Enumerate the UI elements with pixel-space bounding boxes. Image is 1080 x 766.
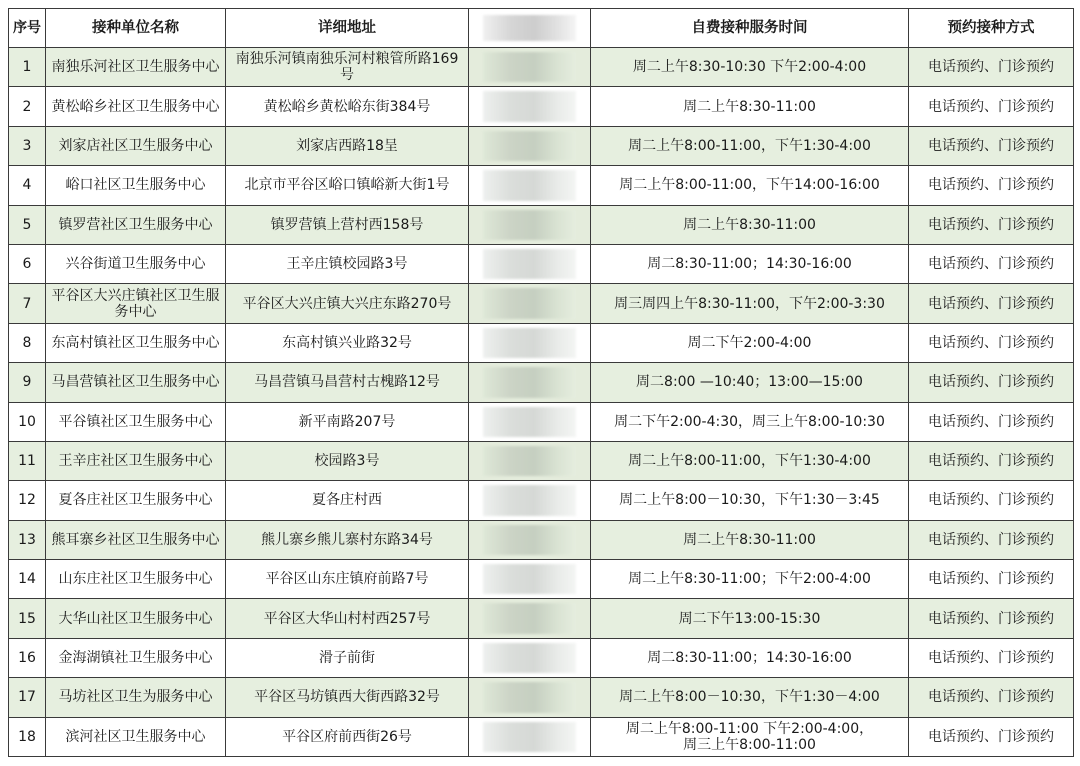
cell-unit-name: 平谷区大兴庄镇社区卫生服务中心 [46,284,226,323]
redacted-blur [483,407,576,437]
cell-seq: 9 [9,363,46,402]
vaccination-schedule-table: 序号 接种单位名称 详细地址 自费接种服务时间 预约接种方式 1 南独乐河社区卫… [8,8,1074,757]
header-service-time: 自费接种服务时间 [591,9,909,48]
cell-redacted [469,678,591,717]
cell-unit-name: 刘家店社区卫生服务中心 [46,126,226,165]
cell-unit-name: 山东庄社区卫生服务中心 [46,560,226,599]
cell-redacted [469,717,591,756]
redacted-blur [483,682,576,712]
cell-service-time: 周二上午8:30-10:30 下午2:00-4:00 [591,48,909,87]
redacted-blur [483,170,576,200]
cell-unit-name: 峪口社区卫生服务中心 [46,166,226,205]
cell-booking-method: 电话预约、门诊预约 [909,599,1074,638]
table-row: 4 峪口社区卫生服务中心 北京市平谷区峪口镇峪新大街1号 周二上午8:00-11… [9,166,1074,205]
cell-booking-method: 电话预约、门诊预约 [909,678,1074,717]
cell-seq: 8 [9,323,46,362]
table-row: 11 王辛庄社区卫生服务中心 校园路3号 周二上午8:00-11:00，下午1:… [9,441,1074,480]
cell-seq: 16 [9,638,46,677]
cell-booking-method: 电话预约、门诊预约 [909,244,1074,283]
cell-address: 东高村镇兴业路32号 [226,323,469,362]
cell-unit-name: 镇罗营社区卫生服务中心 [46,205,226,244]
table-row: 6 兴谷街道卫生服务中心 王辛庄镇校园路3号 周二8:30-11:00；14:3… [9,244,1074,283]
cell-redacted [469,166,591,205]
header-seq: 序号 [9,9,46,48]
cell-unit-name: 马坊社区卫生为服务中心 [46,678,226,717]
cell-booking-method: 电话预约、门诊预约 [909,402,1074,441]
cell-booking-method: 电话预约、门诊预约 [909,481,1074,520]
redacted-blur [483,564,576,594]
cell-seq: 17 [9,678,46,717]
cell-redacted [469,244,591,283]
cell-unit-name: 黄松峪乡社区卫生服务中心 [46,87,226,126]
table-row: 13 熊耳寨乡社区卫生服务中心 熊儿寨乡熊儿寨村东路34号 周二上午8:30-1… [9,520,1074,559]
table-row: 15 大华山社区卫生服务中心 平谷区大华山村村西257号 周二下午13:00-1… [9,599,1074,638]
cell-booking-method: 电话预约、门诊预约 [909,48,1074,87]
cell-unit-name: 南独乐河社区卫生服务中心 [46,48,226,87]
cell-redacted [469,126,591,165]
cell-service-time: 周二上午8:00－10:30，下午1:30－4:00 [591,678,909,717]
cell-booking-method: 电话预约、门诊预约 [909,441,1074,480]
table-row: 10 平谷镇社区卫生服务中心 新平南路207号 周二下午2:00-4:30，周三… [9,402,1074,441]
cell-unit-name: 平谷镇社区卫生服务中心 [46,402,226,441]
table-row: 18 滨河社区卫生服务中心 平谷区府前西街26号 周二上午8:00-11:00 … [9,717,1074,756]
cell-service-time: 周二下午2:00-4:00 [591,323,909,362]
cell-address: 夏各庄村西 [226,481,469,520]
cell-seq: 10 [9,402,46,441]
cell-service-time: 周二8:30-11:00；14:30-16:00 [591,638,909,677]
cell-booking-method: 电话预约、门诊预约 [909,560,1074,599]
cell-address: 平谷区大华山村村西257号 [226,599,469,638]
cell-seq: 15 [9,599,46,638]
cell-address: 王辛庄镇校园路3号 [226,244,469,283]
cell-unit-name: 东高村镇社区卫生服务中心 [46,323,226,362]
table-row: 9 马昌营镇社区卫生服务中心 马昌营镇马昌营村古槐路12号 周二8:00 —10… [9,363,1074,402]
table-row: 14 山东庄社区卫生服务中心 平谷区山东庄镇府前路7号 周二上午8:30-11:… [9,560,1074,599]
cell-address: 黄松峪乡黄松峪东街384号 [226,87,469,126]
redacted-blur [483,52,576,82]
cell-address: 平谷区大兴庄镇大兴庄东路270号 [226,284,469,323]
cell-seq: 6 [9,244,46,283]
cell-seq: 2 [9,87,46,126]
cell-service-time: 周三周四上午8:30-11:00，下午2:00-3:30 [591,284,909,323]
cell-service-time: 周二上午8:00-11:00，下午14:00-16:00 [591,166,909,205]
cell-service-time: 周二上午8:30-11:00 [591,520,909,559]
cell-seq: 3 [9,126,46,165]
cell-seq: 14 [9,560,46,599]
cell-address: 平谷区府前西街26号 [226,717,469,756]
header-redacted [469,9,591,48]
cell-address: 熊儿寨乡熊儿寨村东路34号 [226,520,469,559]
cell-booking-method: 电话预约、门诊预约 [909,638,1074,677]
redacted-blur [483,367,576,397]
cell-redacted [469,363,591,402]
cell-booking-method: 电话预约、门诊预约 [909,284,1074,323]
table-row: 5 镇罗营社区卫生服务中心 镇罗营镇上营村西158号 周二上午8:30-11:0… [9,205,1074,244]
cell-redacted [469,638,591,677]
cell-seq: 7 [9,284,46,323]
cell-booking-method: 电话预约、门诊预约 [909,520,1074,559]
cell-booking-method: 电话预约、门诊预约 [909,363,1074,402]
header-unit-name: 接种单位名称 [46,9,226,48]
table-row: 7 平谷区大兴庄镇社区卫生服务中心 平谷区大兴庄镇大兴庄东路270号 周三周四上… [9,284,1074,323]
cell-seq: 13 [9,520,46,559]
table-row: 1 南独乐河社区卫生服务中心 南独乐河镇南独乐河村粮管所路169号 周二上午8:… [9,48,1074,87]
cell-unit-name: 滨河社区卫生服务中心 [46,717,226,756]
redacted-blur [483,525,576,555]
cell-redacted [469,520,591,559]
cell-service-time: 周二下午2:00-4:30，周三上午8:00-10:30 [591,402,909,441]
cell-service-time: 周二上午8:00-11:00，下午1:30-4:00 [591,126,909,165]
cell-service-time: 周二8:30-11:00；14:30-16:00 [591,244,909,283]
redacted-blur [483,210,576,240]
header-booking-method: 预约接种方式 [909,9,1074,48]
redacted-blur [483,722,576,752]
table-row: 2 黄松峪乡社区卫生服务中心 黄松峪乡黄松峪东街384号 周二上午8:30-11… [9,87,1074,126]
cell-redacted [469,441,591,480]
cell-seq: 18 [9,717,46,756]
redacted-blur [483,131,576,161]
cell-unit-name: 夏各庄社区卫生服务中心 [46,481,226,520]
table-row: 16 金海湖镇社卫生服务中心 滑子前街 周二8:30-11:00；14:30-1… [9,638,1074,677]
cell-seq: 4 [9,166,46,205]
cell-service-time: 周二上午8:30-11:00 [591,205,909,244]
cell-address: 新平南路207号 [226,402,469,441]
cell-address: 北京市平谷区峪口镇峪新大街1号 [226,166,469,205]
service-time-line-2: 周三上午8:00-11:00 [594,737,905,753]
cell-service-time: 周二上午8:30-11:00；下午2:00-4:00 [591,560,909,599]
table-row: 3 刘家店社区卫生服务中心 刘家店西路18呈 周二上午8:00-11:00，下午… [9,126,1074,165]
cell-address: 南独乐河镇南独乐河村粮管所路169号 [226,48,469,87]
cell-redacted [469,402,591,441]
cell-booking-method: 电话预约、门诊预约 [909,205,1074,244]
cell-unit-name: 熊耳寨乡社区卫生服务中心 [46,520,226,559]
cell-redacted [469,205,591,244]
cell-unit-name: 王辛庄社区卫生服务中心 [46,441,226,480]
cell-redacted [469,599,591,638]
cell-address: 平谷区山东庄镇府前路7号 [226,560,469,599]
table-row: 17 马坊社区卫生为服务中心 平谷区马坊镇西大街西路32号 周二上午8:00－1… [9,678,1074,717]
cell-address: 马昌营镇马昌营村古槐路12号 [226,363,469,402]
redacted-blur [483,643,576,673]
cell-booking-method: 电话预约、门诊预约 [909,323,1074,362]
cell-service-time: 周二下午13:00-15:30 [591,599,909,638]
cell-address: 校园路3号 [226,441,469,480]
cell-address: 平谷区马坊镇西大街西路32号 [226,678,469,717]
cell-service-time: 周二上午8:30-11:00 [591,87,909,126]
cell-redacted [469,87,591,126]
table-row: 12 夏各庄社区卫生服务中心 夏各庄村西 周二上午8:00－10:30，下午1:… [9,481,1074,520]
cell-redacted [469,481,591,520]
cell-booking-method: 电话预约、门诊预约 [909,126,1074,165]
cell-unit-name: 兴谷街道卫生服务中心 [46,244,226,283]
redacted-blur [483,288,576,318]
cell-service-time: 周二上午8:00-11:00，下午1:30-4:00 [591,441,909,480]
cell-unit-name: 马昌营镇社区卫生服务中心 [46,363,226,402]
cell-booking-method: 电话预约、门诊预约 [909,166,1074,205]
cell-unit-name: 金海湖镇社卫生服务中心 [46,638,226,677]
cell-seq: 11 [9,441,46,480]
redacted-blur [483,446,576,476]
cell-service-time: 周二上午8:00-11:00 下午2:00-4:00， 周三上午8:00-11:… [591,717,909,756]
service-time-line-1: 周二上午8:00-11:00 下午2:00-4:00， [594,721,905,737]
redacted-blur [483,603,576,633]
cell-service-time: 周二上午8:00－10:30，下午1:30－3:45 [591,481,909,520]
cell-address: 镇罗营镇上营村西158号 [226,205,469,244]
cell-redacted [469,48,591,87]
table-header-row: 序号 接种单位名称 详细地址 自费接种服务时间 预约接种方式 [9,9,1074,48]
redacted-blur [483,91,576,121]
redacted-blur [483,328,576,358]
cell-address: 刘家店西路18呈 [226,126,469,165]
cell-address: 滑子前街 [226,638,469,677]
cell-seq: 5 [9,205,46,244]
cell-seq: 12 [9,481,46,520]
header-address: 详细地址 [226,9,469,48]
cell-seq: 1 [9,48,46,87]
cell-booking-method: 电话预约、门诊预约 [909,87,1074,126]
cell-booking-method: 电话预约、门诊预约 [909,717,1074,756]
redacted-blur [483,15,576,41]
cell-redacted [469,323,591,362]
cell-redacted [469,284,591,323]
cell-redacted [469,560,591,599]
table-row: 8 东高村镇社区卫生服务中心 东高村镇兴业路32号 周二下午2:00-4:00 … [9,323,1074,362]
cell-service-time: 周二8:00 —10:40；13:00—15:00 [591,363,909,402]
redacted-blur [483,249,576,279]
redacted-blur [483,485,576,515]
cell-unit-name: 大华山社区卫生服务中心 [46,599,226,638]
